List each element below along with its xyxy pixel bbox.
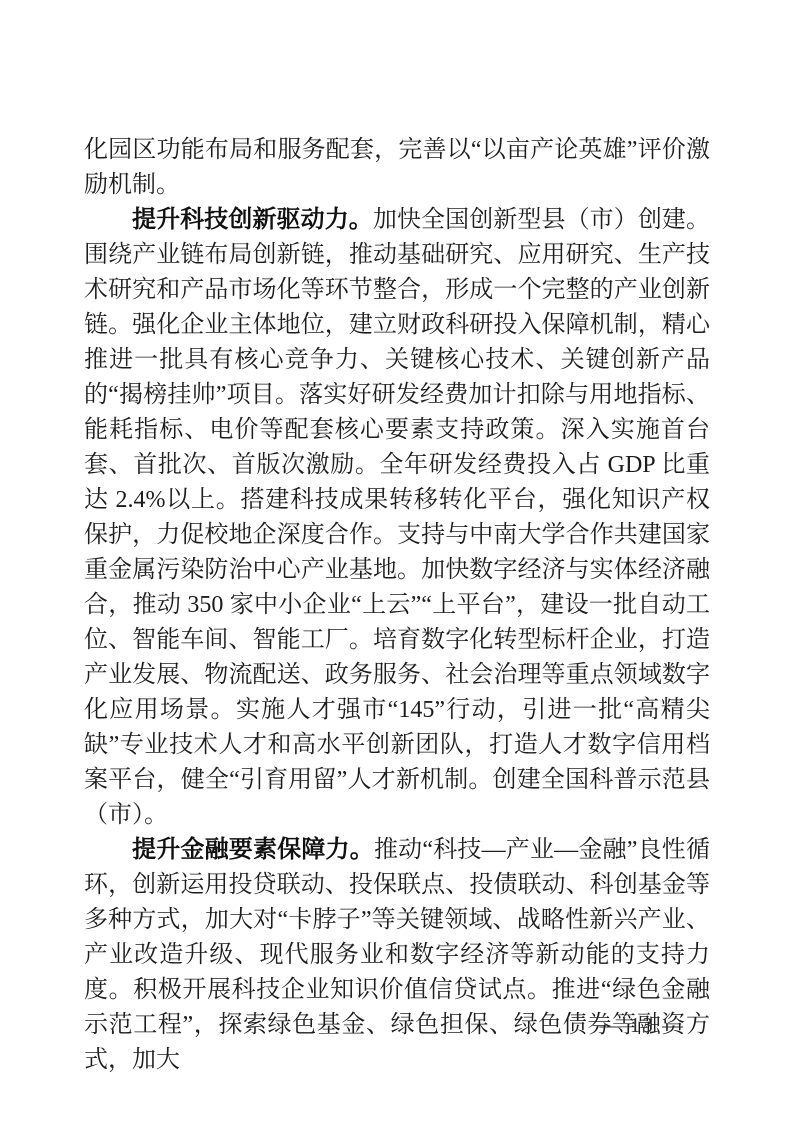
paragraph-text: 加快全国创新型县（市）创建。围绕产业链布局创新链，推动基础研究、应用研究、生产技… (84, 207, 710, 828)
paragraph-tech-innovation: 提升科技创新驱动力。加快全国创新型县（市）创建。围绕产业链布局创新链，推动基础研… (84, 203, 710, 833)
document-body: 化园区功能布局和服务配套，完善以“以亩产论英雄”评价激励机制。 提升科技创新驱动… (84, 133, 710, 1078)
paragraph-lead-finance-support: 提升金融要素保障力。 (132, 837, 374, 863)
paragraph-continuation: 化园区功能布局和服务配套，完善以“以亩产论英雄”评价激励机制。 (84, 133, 710, 203)
paragraph-finance-support: 提升金融要素保障力。推动“科技—产业—金融”良性循环，创新运用投贷联动、投保联点… (84, 833, 710, 1078)
page-number: — 13 — (600, 1013, 686, 1038)
paragraph-lead-tech-innovation: 提升科技创新驱动力。 (132, 207, 373, 233)
paragraph-text: 化园区功能布局和服务配套，完善以“以亩产论英雄”评价激励机制。 (84, 137, 710, 198)
document-page: 化园区功能布局和服务配套，完善以“以亩产论英雄”评价激励机制。 提升科技创新驱动… (0, 0, 793, 1122)
